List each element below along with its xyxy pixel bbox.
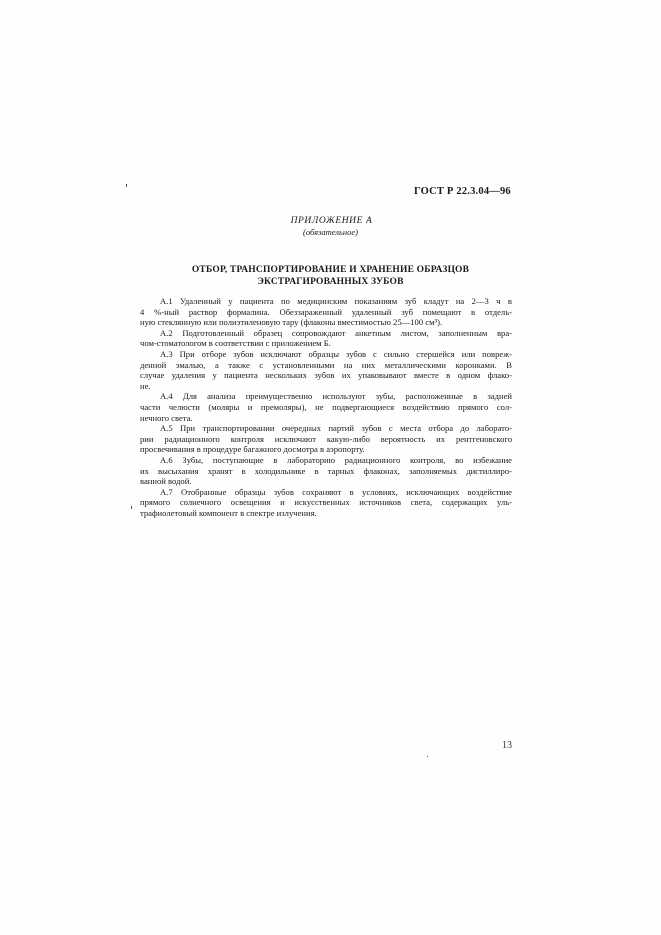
scan-artifact xyxy=(126,184,127,187)
paragraph-a5: А.5 При транспортировании очередных парт… xyxy=(140,423,512,455)
text-line: чом-стоматологом в соответствии с прилож… xyxy=(140,338,512,349)
appendix-note: (обязательное) xyxy=(0,227,661,237)
text-line: рии радиационного контроля исключают как… xyxy=(140,434,512,445)
text-line: не. xyxy=(140,381,512,392)
document-page: ГОСТ Р 22.3.04—96 ПРИЛОЖЕНИЕ А (обязател… xyxy=(0,0,661,935)
text-line: ванной водой. xyxy=(140,476,512,487)
paragraph-a6: А.6 Зубы, поступающие в лабораторию ради… xyxy=(140,455,512,487)
appendix-heading: ПРИЛОЖЕНИЕ А (обязательное) xyxy=(0,216,661,237)
body-text: А.1 Удаленный у пациента по медицинским … xyxy=(140,296,512,518)
text-line: просвечивания в процедуре багажного досм… xyxy=(140,444,512,455)
paragraph-a2: А.2 Подготовленный образец сопровождают … xyxy=(140,328,512,349)
text-line: случае удаления у пациента нескольких зу… xyxy=(140,370,512,381)
text-line: ную стеклянную или полиэтиленовую тару (… xyxy=(140,317,512,328)
text-line: трафиолетовый компонент в спектре излуче… xyxy=(140,508,512,519)
text-line: А.1 Удаленный у пациента по медицинским … xyxy=(140,296,512,307)
text-line: части челюсти (моляры и премоляры), не п… xyxy=(140,402,512,413)
section-title-line-2: ЭКСТРАГИРОВАННЫХ ЗУБОВ xyxy=(0,276,661,288)
text-line: А.3 При отборе зубов исключают образцы з… xyxy=(140,349,512,360)
text-line: их высыхания хранят в холодильнике в тар… xyxy=(140,466,512,477)
paragraph-a4: А.4 Для анализа преимущественно использу… xyxy=(140,391,512,423)
text-line: нечного света. xyxy=(140,413,512,424)
section-title-line-1: ОТБОР, ТРАНСПОРТИРОВАНИЕ И ХРАНЕНИЕ ОБРА… xyxy=(0,264,661,276)
text-line: денной эмалью, а также с установленными … xyxy=(140,360,512,371)
paragraph-a3: А.3 При отборе зубов исключают образцы з… xyxy=(140,349,512,391)
scan-artifact xyxy=(427,756,428,757)
document-code: ГОСТ Р 22.3.04—96 xyxy=(414,186,511,197)
text-line: А.5 При транспортировании очередных парт… xyxy=(140,423,512,434)
text-line: А.2 Подготовленный образец сопровождают … xyxy=(140,328,512,339)
paragraph-a7: А.7 Отобранные образцы зубов сохраняют в… xyxy=(140,487,512,519)
text-line: 4 %-ный раствор формалина. Обеззараженны… xyxy=(140,307,512,318)
page-number: 13 xyxy=(502,740,512,751)
section-title: ОТБОР, ТРАНСПОРТИРОВАНИЕ И ХРАНЕНИЕ ОБРА… xyxy=(0,264,661,288)
text-line: А.4 Для анализа преимущественно использу… xyxy=(140,391,512,402)
text-line: А.7 Отобранные образцы зубов сохраняют в… xyxy=(140,487,512,498)
scan-artifact xyxy=(131,506,132,509)
appendix-title: ПРИЛОЖЕНИЕ А xyxy=(0,216,661,227)
text-line: А.6 Зубы, поступающие в лабораторию ради… xyxy=(140,455,512,466)
paragraph-a1: А.1 Удаленный у пациента по медицинским … xyxy=(140,296,512,328)
text-line: прямого солнечного освещения и искусстве… xyxy=(140,497,512,508)
